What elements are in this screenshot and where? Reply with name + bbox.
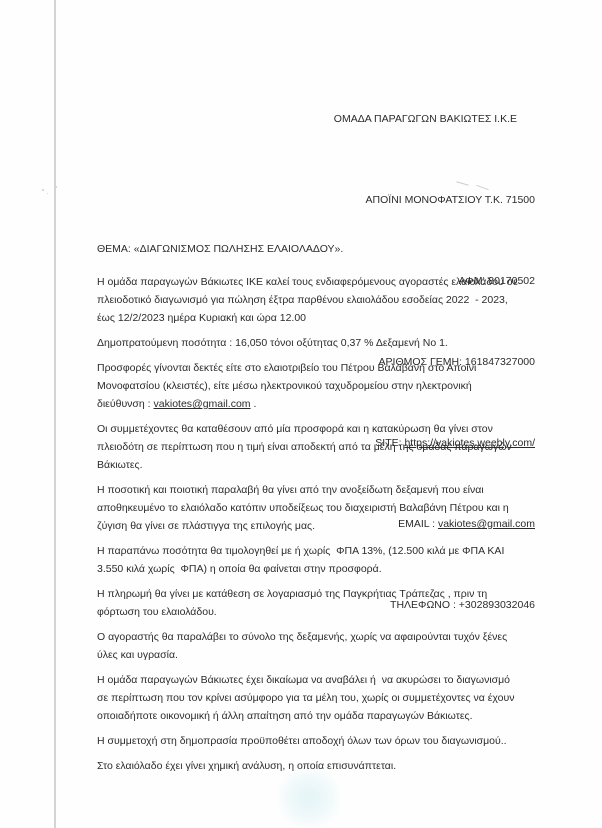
paragraph-invitation: Η ομάδα παραγωγών Βάκιωτες ΙΚΕ καλεί του…: [97, 273, 579, 327]
paragraph-offers: Προσφορές γίνονται δεκτές είτε στο ελαιο…: [97, 359, 579, 413]
paragraph-offers-tail: .: [251, 398, 257, 410]
body-email-link[interactable]: vakiotes@gmail.com: [154, 398, 251, 410]
scan-speck: [56, 186, 57, 188]
scan-edge-line: [54, 0, 56, 828]
scanned-document-page: ΟΜΑΔΑ ΠΑΡΑΓΩΓΩΝ ΒΑΚΙΩΤΕΣ Ι.Κ.Ε ΑΠΟΪΝΙ ΜΟ…: [0, 0, 602, 828]
paragraph-terms: Η συμμετοχή στη δημοπρασία προϋποθέτει α…: [97, 732, 579, 750]
company-name: ΟΜΑΔΑ ΠΑΡΑΓΩΓΩΝ ΒΑΚΙΩΤΕΣ Ι.Κ.Ε: [334, 106, 535, 133]
paragraph-buyer: Ο αγοραστής θα παραλάβει το σύνολο της δ…: [97, 628, 579, 664]
paragraph-payment: Η πληρωμή θα γίνει με κατάθεση σε λογαρι…: [97, 585, 579, 621]
paragraph-analysis: Στο ελαιόλαδο έχει γίνει χημική ανάλυση,…: [97, 757, 579, 775]
paragraph-participants: Οι συμμετέχοντες θα καταθέσουν από μία π…: [97, 420, 579, 474]
paragraph-cancellation: Η ομάδα παραγωγών Βάκιωτες έχει δικαίωμα…: [97, 671, 579, 725]
paragraph-delivery: Η ποσοτική και ποιοτική παραλαβή θα γίνε…: [97, 481, 579, 535]
scan-speck: [42, 189, 44, 191]
subject-line: ΘΕΜΑ: «ΔΙΑΓΩΝΙΣΜΟΣ ΠΩΛΗΣΗΣ ΕΛΑΙΟΛΑΔΟΥ».: [97, 240, 579, 258]
company-address: ΑΠΟΪΝΙ ΜΟΝΟΦΑΤΣΙΟΥ Τ.Κ. 71500: [334, 187, 535, 214]
paragraph-invoicing: Η παραπάνω ποσότητα θα τιμολογηθεί με ή …: [97, 542, 579, 578]
scan-speck: [47, 193, 48, 194]
letter-body: ΘΕΜΑ: «ΔΙΑΓΩΝΙΣΜΟΣ ΠΩΛΗΣΗΣ ΕΛΑΙΟΛΑΔΟΥ». …: [97, 240, 579, 782]
paragraph-quantity: Δημοπρατούμενη ποσότητα : 16,050 τόνοι ο…: [97, 334, 579, 352]
